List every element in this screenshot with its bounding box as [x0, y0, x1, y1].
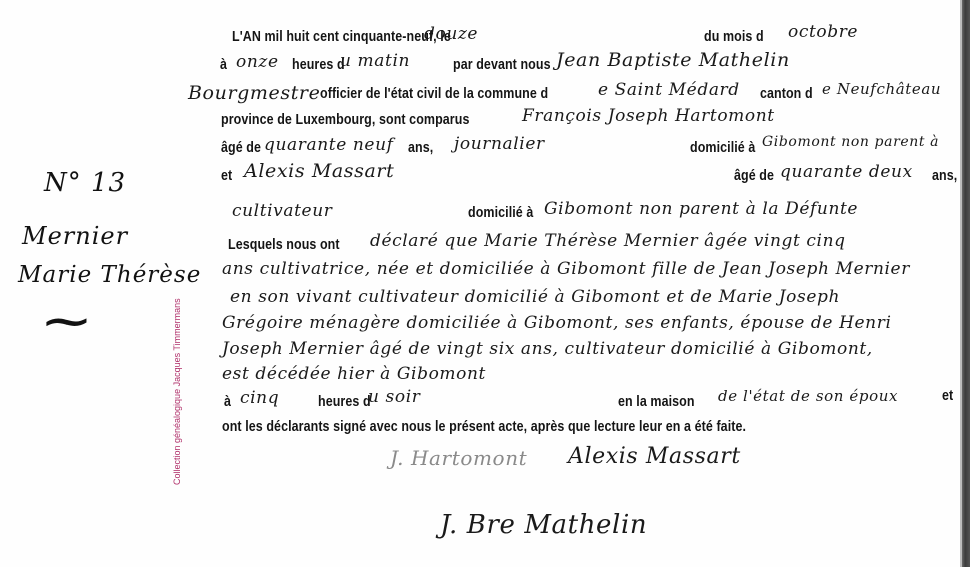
handwritten-witness1: François Joseph Hartomont — [522, 106, 775, 126]
handwritten-hour: onze — [236, 52, 279, 72]
printed-domicile-label-1: domicilié à — [690, 140, 755, 156]
printed-before-us: par devant nous — [453, 57, 551, 73]
handwritten-domicile-1: Gibomont non parent à — [762, 134, 939, 150]
printed-age-label-2b: âgé de — [734, 168, 774, 184]
signature-witness2: Alexis Massart — [568, 444, 741, 469]
handwritten-declaration-5: Joseph Mernier âgé de vingt six ans, cul… — [222, 339, 873, 359]
margin-flourish: ~ — [40, 298, 95, 345]
signature-witness1: J. Hartomont — [390, 446, 527, 470]
printed-canton-label: canton d — [760, 86, 813, 102]
handwritten-declaration-2: ans cultivatrice, née et domiciliée à Gi… — [222, 259, 910, 279]
printed-closing-text: ont les déclarants signé avec nous le pr… — [222, 419, 746, 435]
printed-domicile-label-2: domicilié à — [468, 205, 533, 221]
margin-record-number: N° 13 — [44, 168, 126, 198]
printed-month-label: du mois d — [704, 29, 764, 45]
printed-hours-label-2: heures d — [318, 394, 371, 410]
printed-age-label-1: âgé de — [221, 140, 261, 156]
printed-year-text: L'AN mil huit cent cinquante-neuf, le — [232, 29, 451, 45]
handwritten-declaration-1: déclaré que Marie Thérèse Mernier âgée v… — [370, 231, 846, 251]
handwritten-official-name: Jean Baptiste Mathelin — [556, 49, 790, 71]
printed-and: et — [221, 168, 232, 184]
handwritten-domicile-2: Gibomont non parent à la Défunte — [544, 199, 858, 219]
printed-hours-label: heures d — [292, 57, 345, 73]
margin-surname: Mernier — [22, 222, 128, 250]
handwritten-declaration-4: Grégoire ménagère domiciliée à Gibomont,… — [222, 313, 891, 333]
handwritten-title: Bourgmestre — [188, 82, 320, 104]
handwritten-house: de l'état de son époux — [718, 387, 898, 405]
handwritten-hour-2: cinq — [240, 388, 279, 408]
printed-a: à — [220, 57, 227, 73]
handwritten-commune: e Saint Médard — [598, 80, 740, 100]
printed-and-2: et — [942, 388, 953, 404]
handwritten-age-1: quarante neuf — [264, 135, 394, 155]
margin-given-names: Marie Thérèse — [18, 262, 201, 288]
handwritten-canton: e Neufchâteau — [822, 80, 941, 98]
printed-officer-text: officier de l'état civil de la commune d — [320, 86, 548, 102]
handwritten-age-2: quarante deux — [780, 162, 913, 182]
printed-house-label: en la maison — [618, 394, 695, 410]
handwritten-occupation-2: cultivateur — [232, 201, 332, 221]
printed-province-text: province de Luxembourg, sont comparus — [221, 112, 469, 128]
printed-years-label-1: ans, — [408, 140, 433, 156]
handwritten-month: octobre — [788, 22, 858, 42]
handwritten-period: u matin — [340, 51, 410, 71]
handwritten-declaration-6: est décédée hier à Gibomont — [222, 364, 486, 384]
scan-edge-shadow — [962, 0, 970, 567]
handwritten-day: douze — [424, 24, 478, 44]
handwritten-witness2: Alexis Massart — [244, 160, 394, 182]
printed-a-2: à — [224, 394, 231, 410]
handwritten-occupation-1: journalier — [454, 134, 545, 154]
scanned-document-page: N° 13 Mernier Marie Thérèse ~ Collection… — [0, 0, 970, 567]
printed-declared-text: Lesquels nous ont — [228, 237, 340, 253]
printed-years-label-2: ans, — [932, 168, 957, 184]
signature-official: J. Bre Mathelin — [440, 510, 647, 540]
handwritten-declaration-3: en son vivant cultivateur domicilié à Gi… — [230, 287, 840, 307]
collection-watermark: Collection généalogique Jacques Timmerma… — [172, 298, 182, 485]
handwritten-period-2: u soir — [368, 387, 420, 407]
